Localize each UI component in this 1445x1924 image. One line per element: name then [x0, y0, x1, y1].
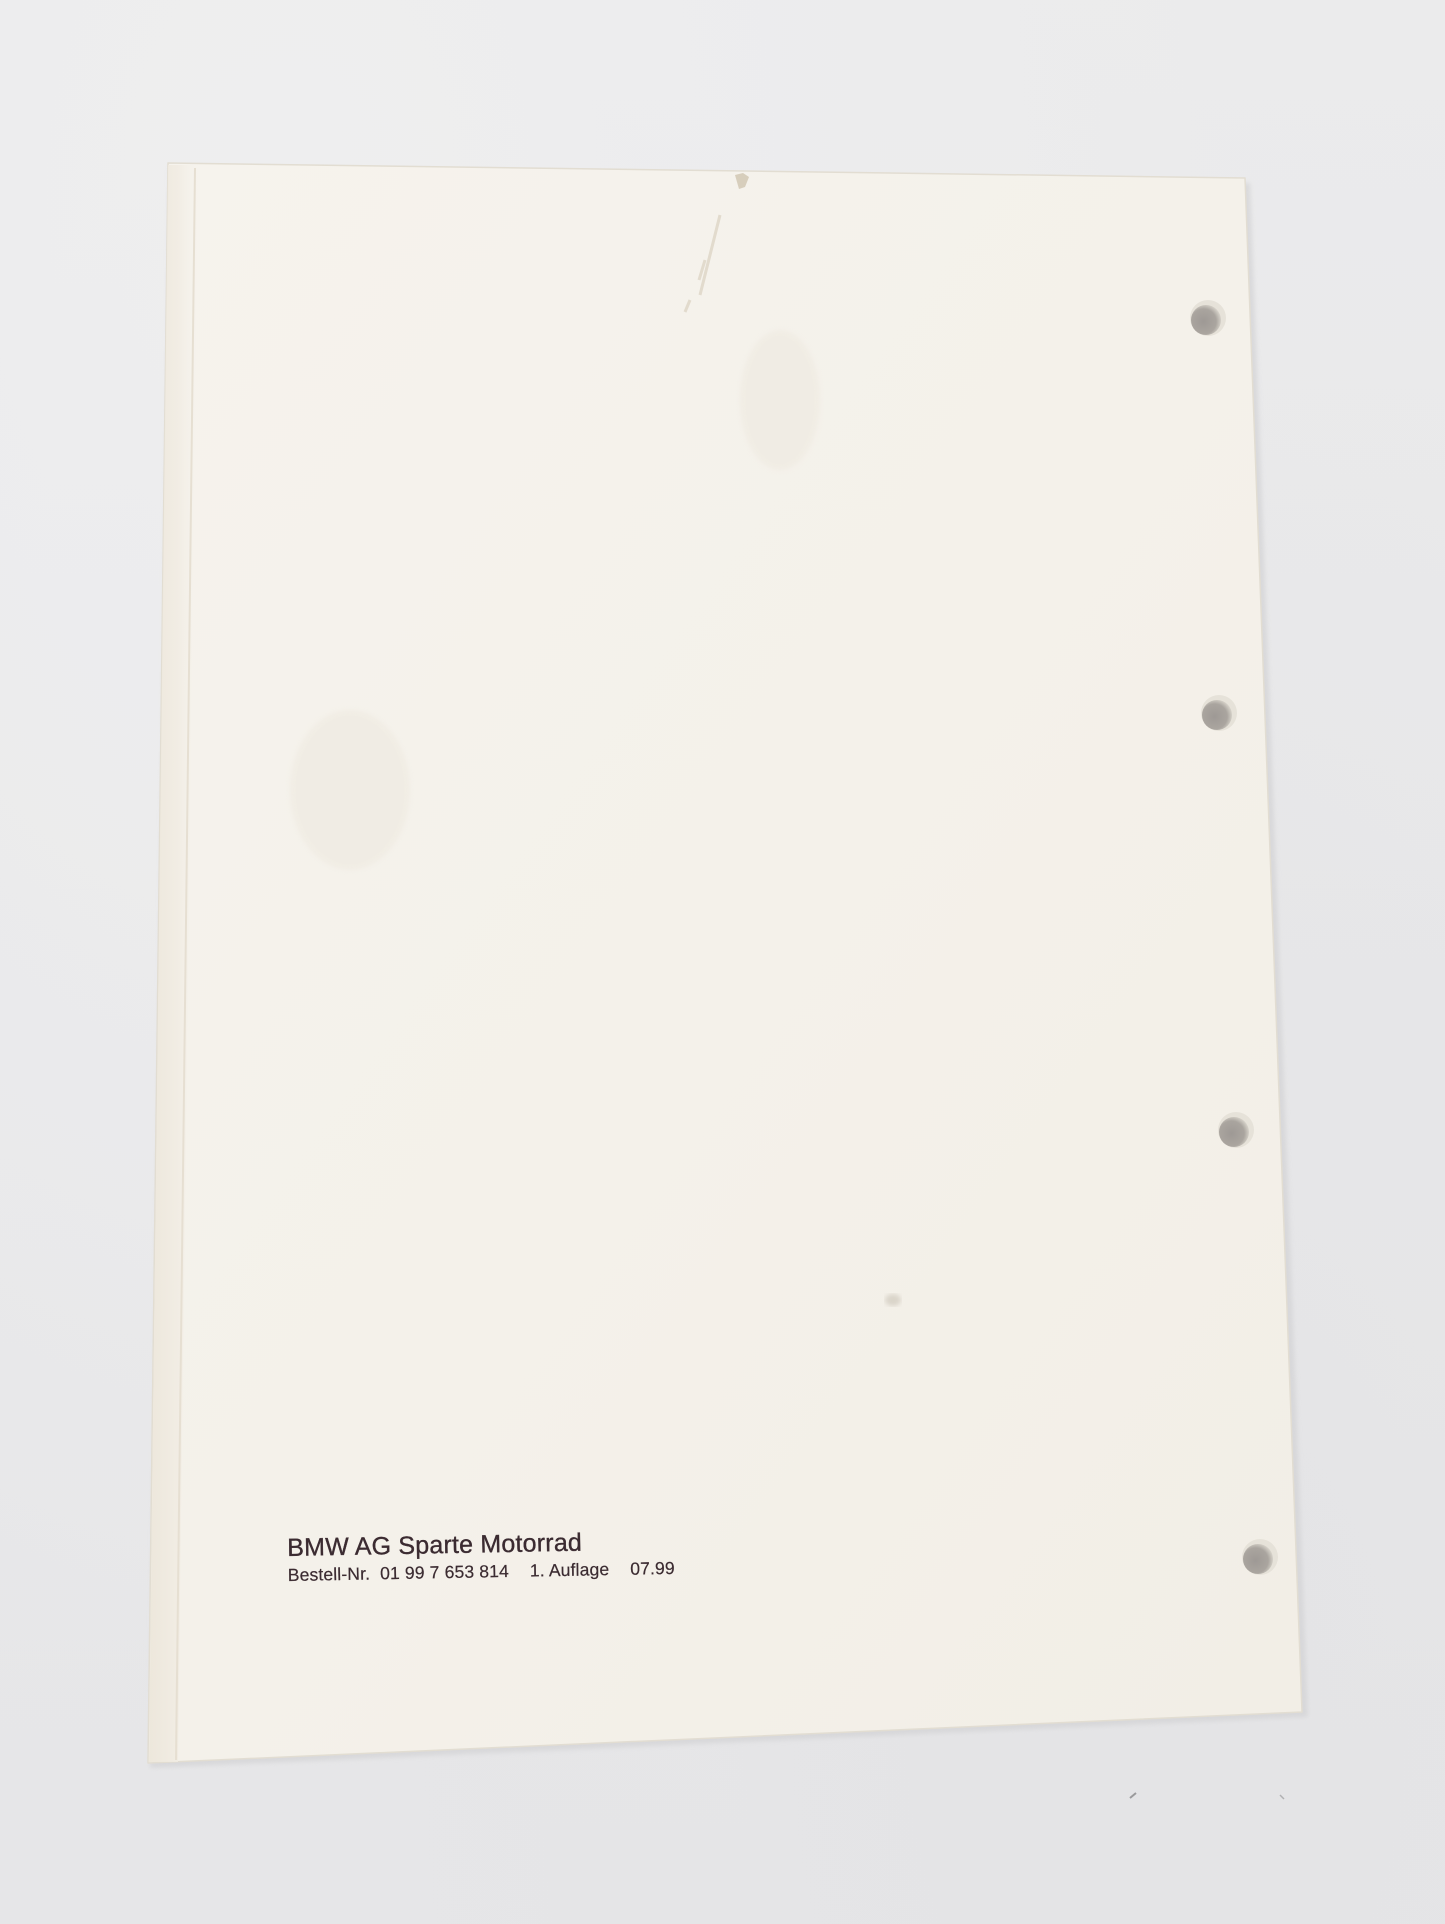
background-speck [1280, 1795, 1284, 1799]
dirt-spot [885, 1294, 901, 1306]
faint-smudge [740, 330, 820, 470]
binder-hole-4 [1242, 1539, 1278, 1575]
booklet-back-cover [0, 0, 1445, 1924]
publisher-imprint: BMW AG Sparte Motorrad Bestell-Nr. 01 99… [287, 1526, 675, 1587]
order-number-label: Bestell-Nr. [288, 1563, 371, 1585]
background-speck [1130, 1793, 1136, 1798]
edition-date: 07.99 [630, 1558, 675, 1579]
faint-smudge [290, 710, 410, 870]
binder-hole-1 [1190, 300, 1226, 336]
paper-sheet [148, 163, 1302, 1763]
binder-hole-2 [1201, 695, 1237, 731]
binder-hole-3 [1218, 1112, 1254, 1148]
edition: 1. Auflage [530, 1559, 610, 1580]
order-number: 01 99 7 653 814 [380, 1561, 509, 1583]
